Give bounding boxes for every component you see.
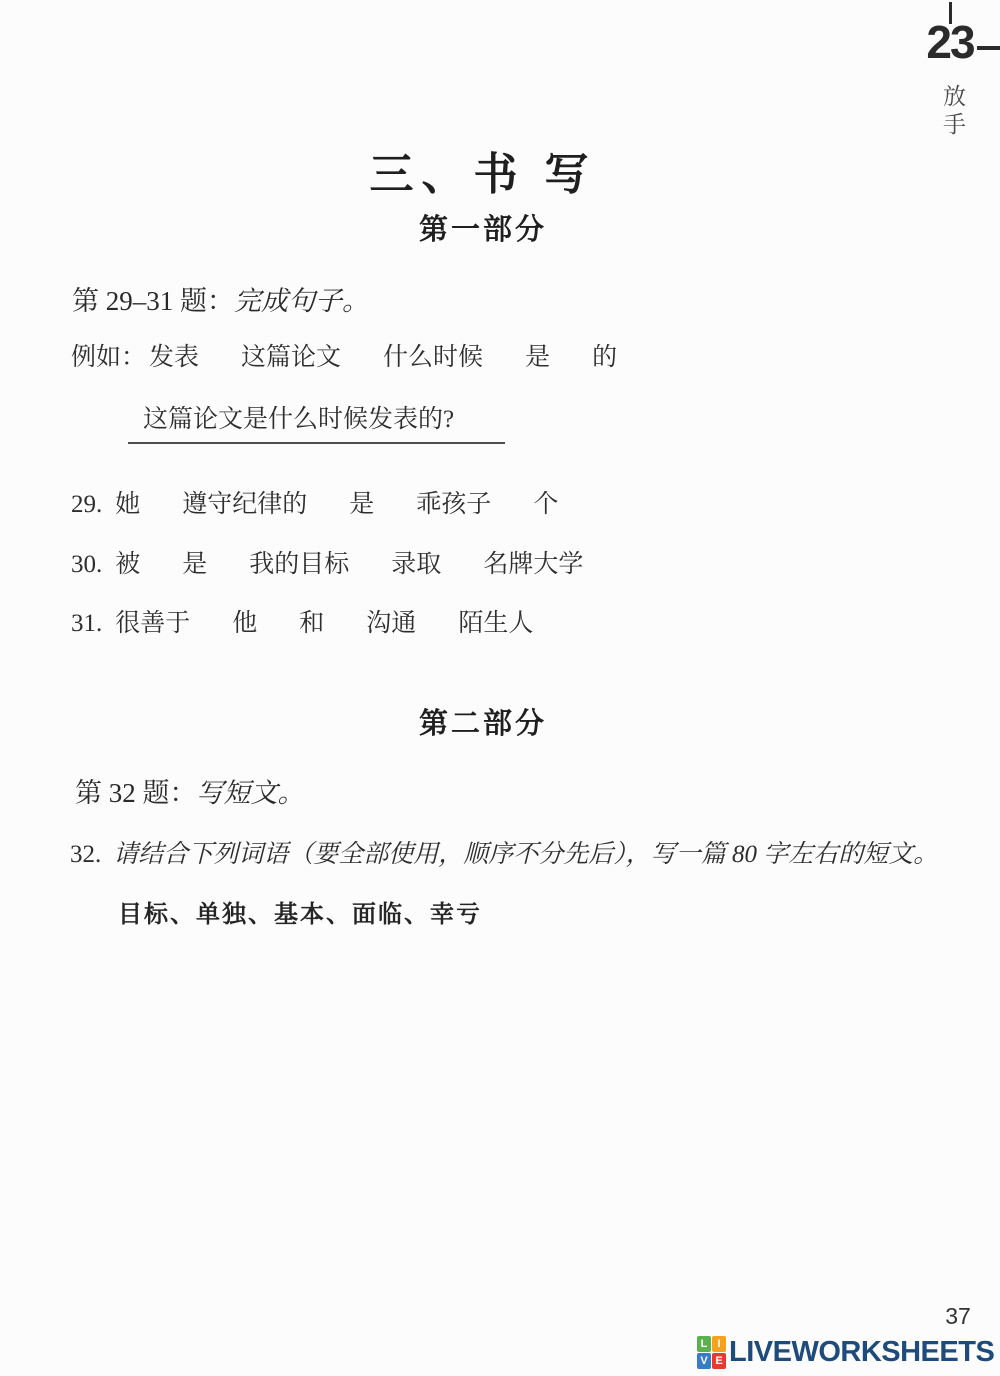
logo-square-l: L xyxy=(697,1336,711,1352)
part1-instruction-prefix: 第 29–31 题： xyxy=(72,286,234,316)
question-word: 被 xyxy=(115,544,140,580)
logo-square-v: V xyxy=(697,1353,711,1369)
part2-instruction: 第 32 题：写短文。 xyxy=(75,771,305,810)
unit-number: 23 xyxy=(920,18,980,66)
example-row: 例如： 发表 这篇论文 什么时候 是 的 xyxy=(71,337,617,373)
worksheet-page: 23 放手 三、书 写 第一部分 第 29–31 题：完成句子。 例如： 发表 … xyxy=(0,0,1000,1376)
logo-square-e: E xyxy=(712,1353,726,1369)
question-word: 沟通 xyxy=(366,603,416,639)
example-word: 发表 xyxy=(149,337,199,373)
question-row-31: 31. 很善于 他 和 沟通 陌生人 xyxy=(71,603,533,639)
question-word: 很善于 xyxy=(115,603,190,639)
question-word: 和 xyxy=(299,603,324,639)
part1-instruction: 第 29–31 题：完成句子。 xyxy=(72,279,369,318)
part2-heading: 第二部分 xyxy=(0,701,966,742)
question-word: 遵守纪律的 xyxy=(182,484,307,520)
essay-prompt: 请结合下列词语（要全部使用，顺序不分先后），写一篇 80 字左右的短文。 xyxy=(113,834,938,870)
example-word: 是 xyxy=(525,337,550,373)
question-number: 30. xyxy=(71,551,102,579)
example-word: 的 xyxy=(592,337,617,373)
liveworksheets-logo[interactable]: L I V E LIVEWORKSHEETS xyxy=(697,1336,994,1369)
question-word: 我的目标 xyxy=(249,544,349,580)
unit-label: 放手 xyxy=(936,84,969,140)
liveworksheets-wordmark: LIVEWORKSHEETS xyxy=(729,1336,994,1369)
section-title: 三、书 写 xyxy=(0,138,966,202)
question-row-30: 30. 被 是 我的目标 录取 名牌大学 xyxy=(71,544,583,580)
question-row-32: 32. 请结合下列词语（要全部使用，顺序不分先后），写一篇 80 字左右的短文。 xyxy=(70,834,938,870)
question-word: 名牌大学 xyxy=(483,544,583,580)
question-number: 29. xyxy=(71,491,102,519)
logo-square-i: I xyxy=(712,1336,726,1352)
question-word: 是 xyxy=(349,484,374,520)
tab-dash-mark xyxy=(977,46,1000,50)
part2-instruction-task: 写短文。 xyxy=(197,778,305,808)
liveworksheets-grid-icon: L I V E xyxy=(697,1336,726,1369)
question-word: 录取 xyxy=(391,544,441,580)
question-word: 陌生人 xyxy=(458,603,533,639)
question-word: 他 xyxy=(232,603,257,639)
part1-heading: 第一部分 xyxy=(0,207,966,248)
part2-instruction-prefix: 第 32 题： xyxy=(75,778,197,808)
page-number: 37 xyxy=(938,1303,978,1330)
question-word: 乖孩子 xyxy=(416,484,491,520)
essay-word-list: 目标、单独、基本、面临、幸亏 xyxy=(118,894,482,929)
question-word: 个 xyxy=(533,484,558,520)
example-word: 这篇论文 xyxy=(241,337,341,373)
question-number: 32. xyxy=(70,841,101,869)
question-word: 她 xyxy=(115,484,140,520)
question-number: 31. xyxy=(71,610,102,638)
example-word: 什么时候 xyxy=(383,337,483,373)
part1-instruction-task: 完成句子。 xyxy=(234,286,369,316)
question-row-29: 29. 她 遵守纪律的 是 乖孩子 个 xyxy=(71,484,558,520)
example-label: 例如： xyxy=(71,337,146,373)
question-word: 是 xyxy=(182,544,207,580)
example-answer: 这篇论文是什么时候发表的? xyxy=(128,399,505,444)
